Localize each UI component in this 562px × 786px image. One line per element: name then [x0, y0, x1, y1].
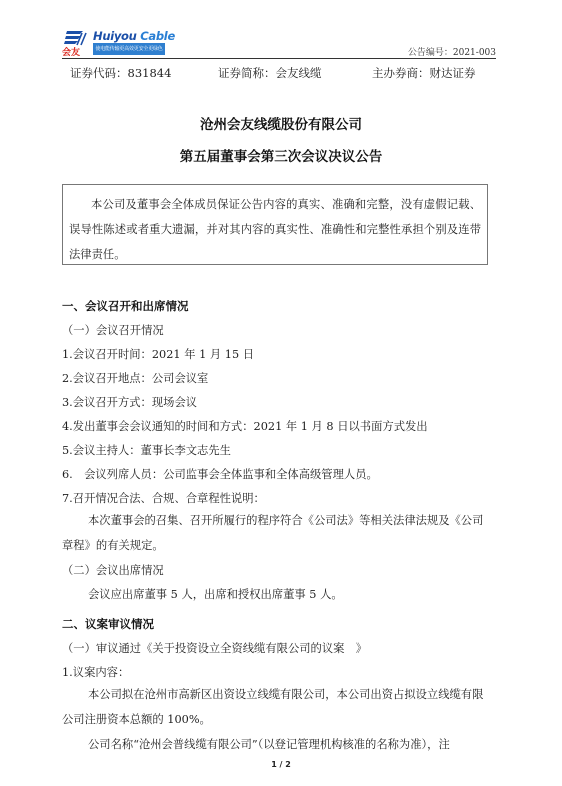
section1-heading: 一、会议召开和出席情况: [62, 298, 189, 314]
proposal-title: （一）审议通过《关于投资设立全资线缆有限公司的议案 》: [62, 640, 367, 656]
svg-text:会友: 会友: [62, 46, 80, 56]
securities-code: 证券代码：831844: [70, 65, 171, 81]
header-divider: [62, 58, 496, 59]
section1-sub1: （一）会议召开情况: [62, 322, 164, 338]
proposal-content-label: 1.议案内容：: [62, 664, 129, 680]
meeting-time: 1.会议召开时间：2021 年 1 月 15 日: [62, 346, 254, 362]
lead-broker: 主办券商：财达证券: [372, 65, 476, 81]
meeting-attendees: 6. 会议列席人员：公司监事会全体监事和全体高级管理人员。: [62, 466, 378, 482]
notice-number: 公告编号：2021-003: [408, 45, 496, 58]
securities-abbreviation: 证券简称：会友线缆: [218, 65, 322, 81]
logo-brand-left: Huiyou: [93, 29, 137, 43]
meeting-location: 2.会议召开地点：公司会议室: [62, 370, 208, 386]
logo-mark-icon: 会友: [62, 30, 88, 56]
proposal-para-2: 公司名称“沧州会普线缆有限公司”（以登记管理机构核准的名称为准），注: [62, 732, 494, 757]
section1-sub2: （二）会议出席情况: [62, 562, 164, 578]
meeting-host: 5.会议主持人：董事长李文志先生: [62, 442, 231, 458]
logo-slogan: 使电能传输更高效更安全更绿色: [93, 43, 165, 55]
logo-brand-text: Huiyou Cable: [93, 29, 175, 43]
responsibility-statement: 本公司及董事会全体成员保证公告内容的真实、准确和完整，没有虚假记载、误导性陈述或…: [62, 184, 488, 265]
company-title: 沧州会友线缆股份有限公司: [0, 113, 562, 133]
company-logo: 会友 Huiyou Cable 使电能传输更高效更安全更绿色: [62, 30, 170, 56]
section2-heading: 二、议案审议情况: [62, 616, 154, 632]
compliance-heading: 7.召开情况合法、合规、合章程性说明：: [62, 490, 265, 506]
meeting-notice: 4.发出董事会会议通知的时间和方式：2021 年 1 月 8 日以书面方式发出: [62, 418, 428, 434]
proposal-para-1: 本公司拟在沧州市高新区出资设立线缆有限公司，本公司出资占拟设立线缆有限公司注册资…: [62, 682, 494, 732]
attendance-text: 会议应出席董事 5 人，出席和授权出席董事 5 人。: [88, 586, 343, 602]
compliance-text: 本次董事会的召集、召开所履行的程序符合《公司法》等相关法律法规及《公司章程》的有…: [62, 508, 494, 558]
logo-brand-right: Cable: [140, 29, 175, 43]
announcement-title: 第五届董事会第三次会议决议公告: [0, 145, 562, 165]
page-number: 1 / 2: [0, 760, 562, 769]
meeting-method: 3.会议召开方式：现场会议: [62, 394, 197, 410]
